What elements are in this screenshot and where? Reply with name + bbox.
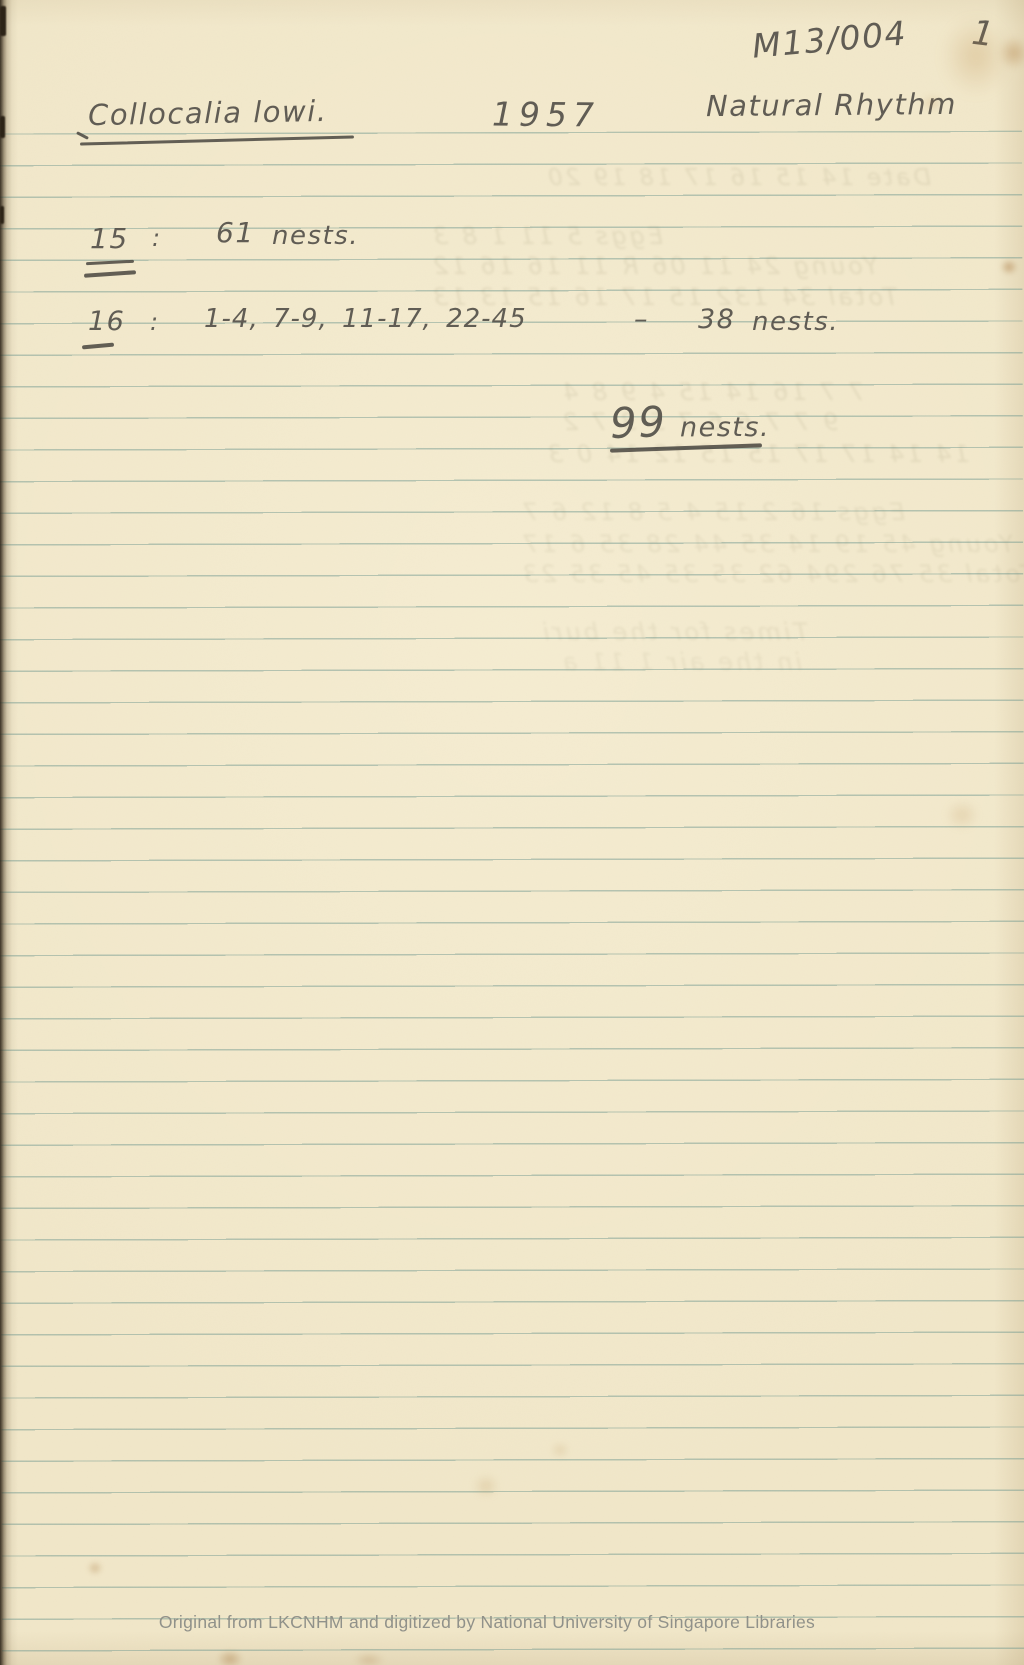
entry-dash: – <box>634 304 649 335</box>
bleedthrough-text: Young 24 11 06 R 11 16 16 12 <box>430 252 878 280</box>
entry-count: 61 <box>216 216 255 249</box>
page-number: 1 <box>970 13 998 56</box>
left-page-edge <box>0 0 12 1665</box>
bleedthrough-text: Eggs 5 11 1 8 3 <box>430 222 663 250</box>
entry-unit: nests. <box>752 307 839 337</box>
notebook-page-scan: Date 14 15 16 17 18 19 20 Eggs 5 11 1 8 … <box>0 0 1024 1665</box>
footer-caption: Original from LKCNHM and digitized by Na… <box>0 1612 999 1633</box>
archive-reference: M13/004 <box>751 13 909 65</box>
entry-day: 15 <box>90 222 129 255</box>
bleedthrough-text: Total 35 76 294 62 35 35 45 35 23 <box>520 560 1024 588</box>
edge-nick <box>0 6 6 36</box>
total-unit: nests. <box>680 412 770 443</box>
species-title: Collocalia lowi. <box>88 94 328 132</box>
bleedthrough-text: Times for the buri <box>540 618 808 646</box>
bleedthrough-text: Date 14 15 16 17 18 19 20 <box>545 165 931 191</box>
bleedthrough-text: Young 45 19 14 35 44 28 35 6 17 <box>520 530 1014 558</box>
ruled-lines <box>0 131 1024 1665</box>
stain <box>993 30 1024 76</box>
bleedthrough-text: 7 7 16 14 15 4 9 8 4 <box>560 378 864 406</box>
edge-nick <box>0 206 4 224</box>
bleedthrough-text: Eggs 16 2 15 4 5 8 12 6 7 <box>520 498 905 526</box>
edge-nick <box>0 116 5 138</box>
section-heading: Natural Rhythm <box>706 87 957 123</box>
entry-day: 16 <box>88 306 125 337</box>
year: 1957 <box>492 95 600 135</box>
entry-unit: nests. <box>272 221 359 251</box>
entry-nest-list: 1-4, 7-9, 11-17, 22-45 <box>204 304 527 334</box>
entry-count: 38 <box>698 304 735 335</box>
total-count: 99 <box>609 397 667 448</box>
entry-colon: : <box>152 224 162 252</box>
entry-colon: : <box>150 308 160 336</box>
bleedthrough-text: in the air 1 11 a <box>560 648 802 676</box>
